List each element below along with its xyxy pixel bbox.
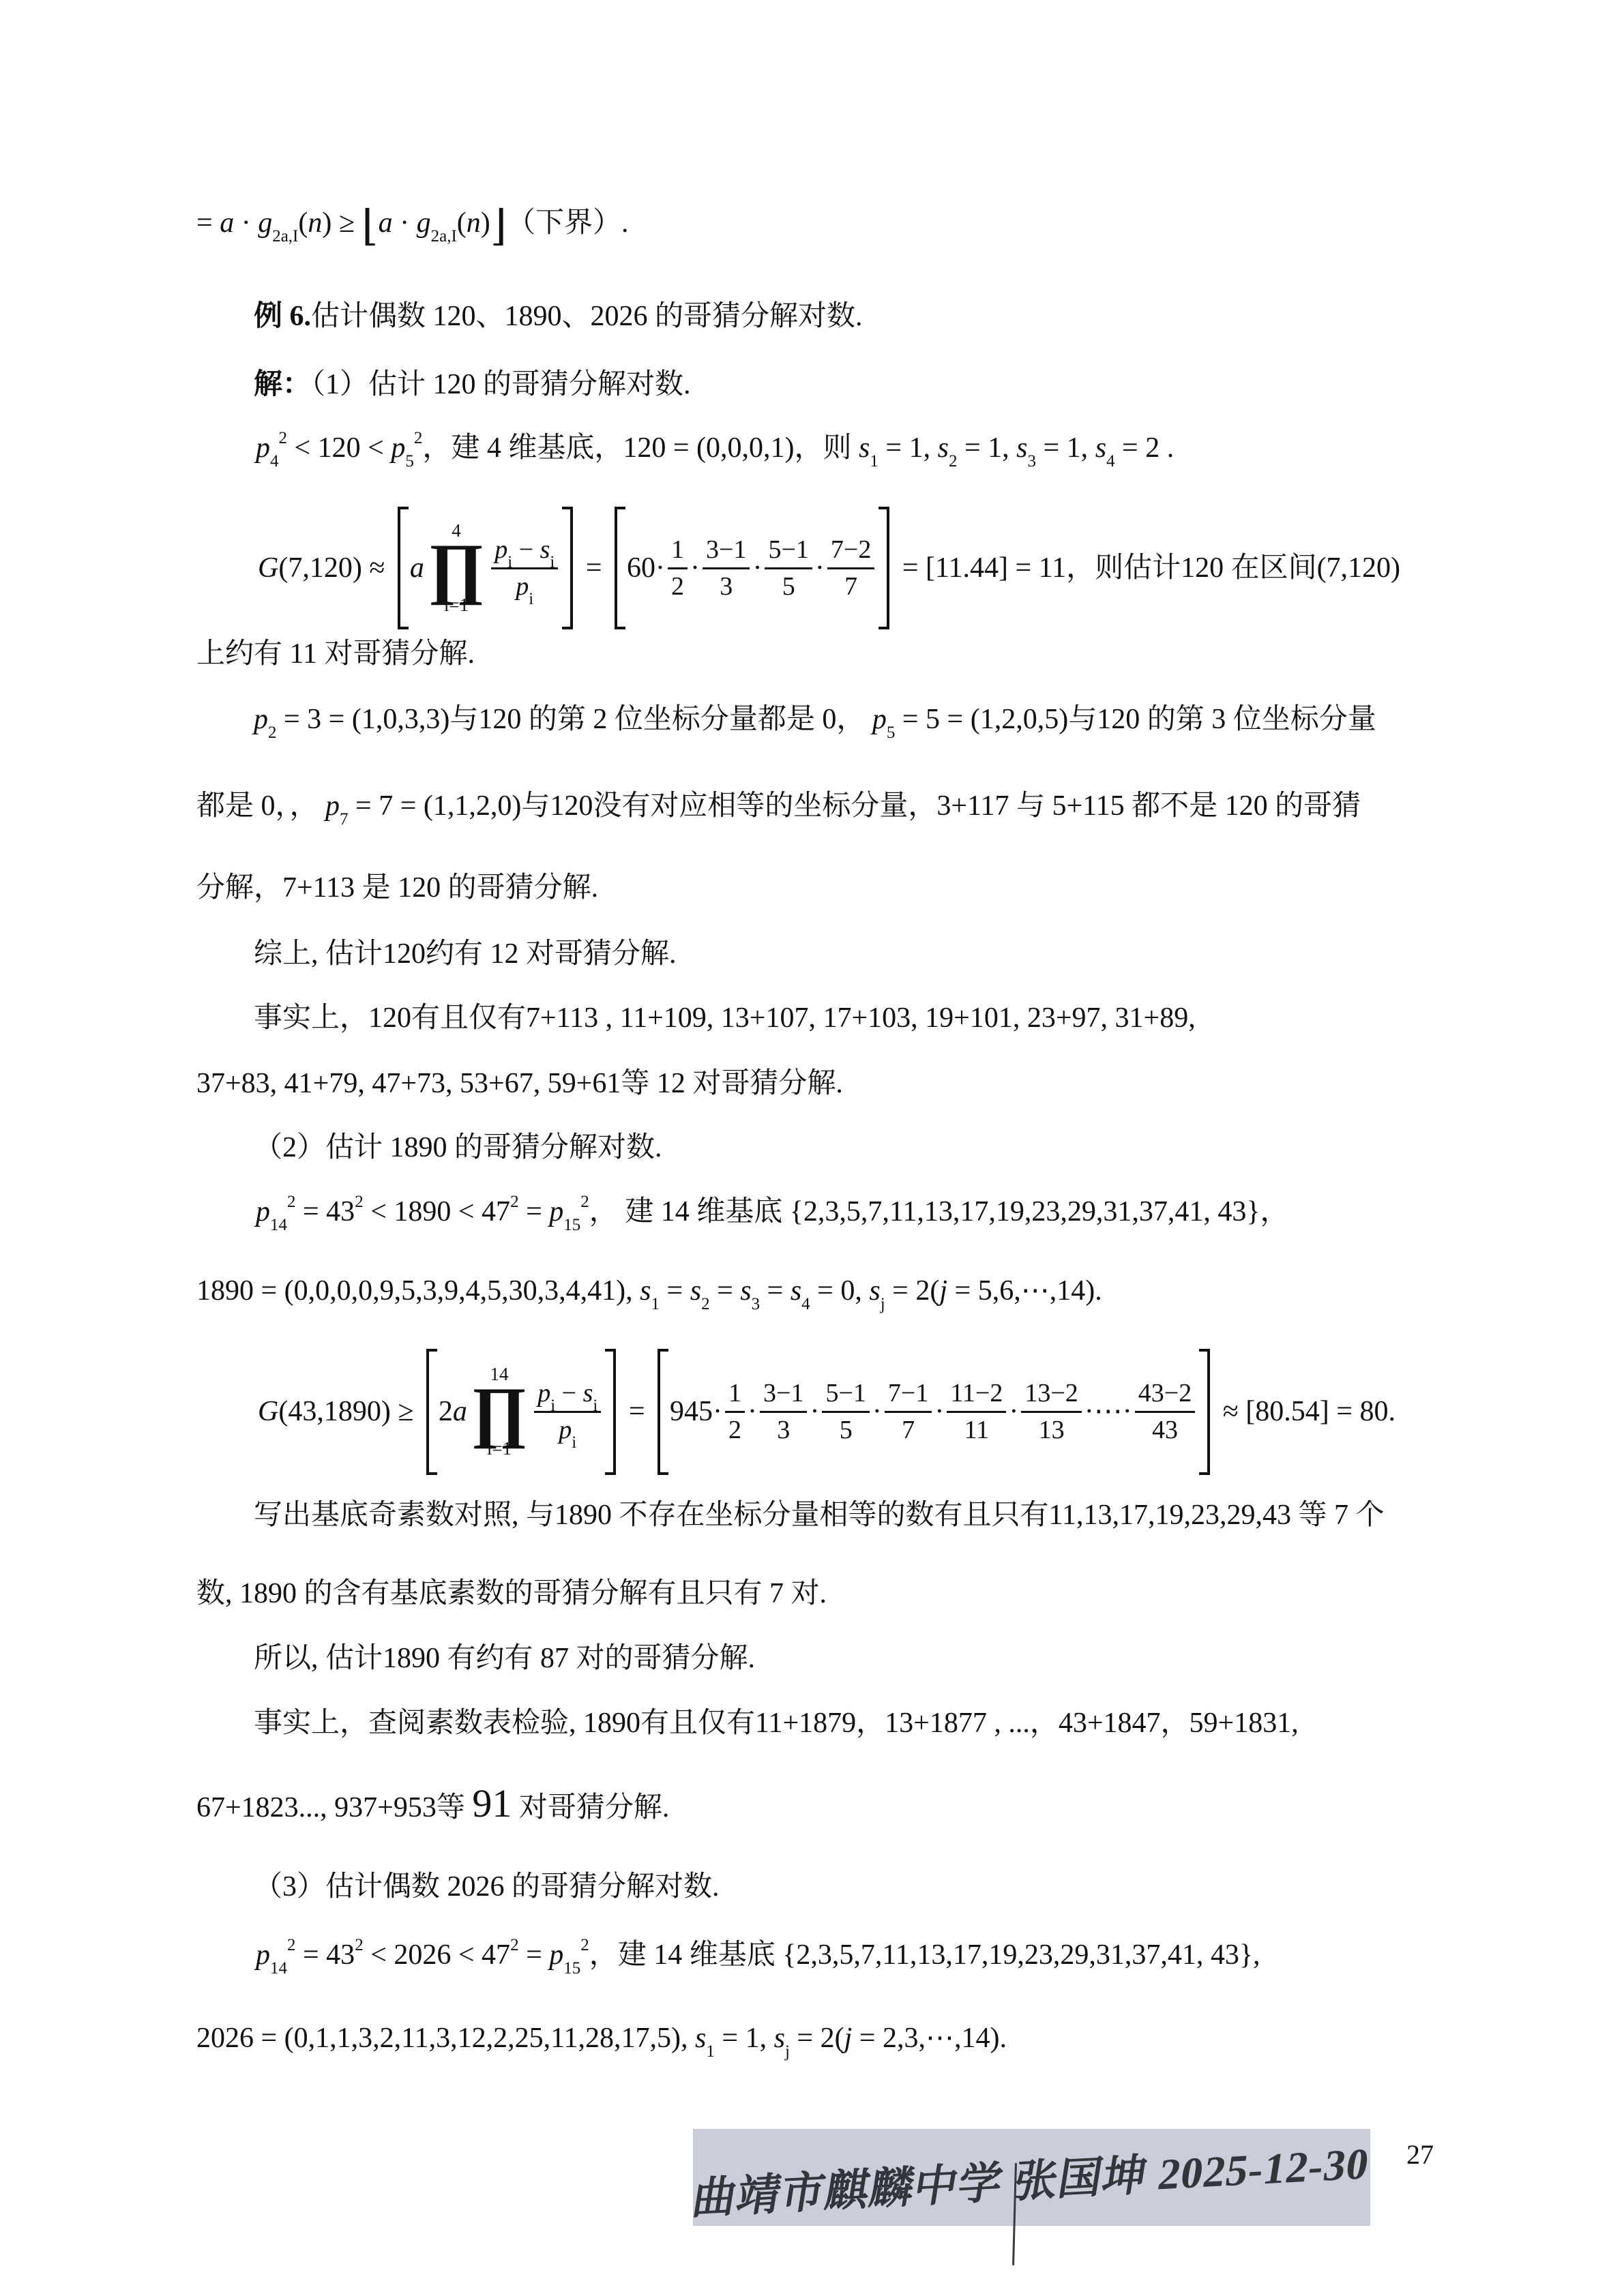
- text-run: 1890 = (0,0,0,0,9,5,3,9,4,5,30,3,4,41),: [196, 1275, 640, 1307]
- subscript: i: [529, 590, 533, 608]
- text-run: = 43: [296, 1196, 355, 1227]
- subscript: 5: [887, 724, 896, 742]
- fraction-numerator: pi − si: [491, 535, 558, 569]
- decomp-7-113: 分解，7+113 是 120 的哥猜分解.: [196, 869, 598, 906]
- math-variable: p: [549, 1939, 563, 1971]
- text-run: = 5,6,⋯,14).: [947, 1275, 1102, 1307]
- signature-handwriting: 曲靖市麒麟中学 张国坤 2025-12-30: [689, 2128, 1375, 2227]
- text-run: ·: [1009, 1396, 1018, 1427]
- subscript: 3: [1028, 452, 1037, 471]
- left-bracket: [615, 507, 625, 629]
- fraction-denominator: 2: [728, 1413, 741, 1445]
- text-run: =: [710, 1275, 741, 1307]
- fraction-numerator: 5−1: [765, 535, 812, 569]
- p2-p5-components: p2 = 3 = (1,0,3,3)与120 的第 2 位坐标分量都是 0， p…: [254, 701, 1376, 738]
- text-run: ·: [234, 207, 258, 239]
- text-run: ·: [810, 1396, 819, 1427]
- left-bracket: [658, 1349, 668, 1475]
- approx-11-pairs: 上约有 11 对哥猜分解.: [196, 636, 475, 672]
- text-run: (43,1890) ≥: [278, 1396, 421, 1427]
- math-variable: p: [549, 1196, 563, 1227]
- superscript: 2: [510, 1936, 519, 1954]
- fraction-numerator: 3−1: [703, 535, 750, 569]
- coords-2026: 2026 = (0,1,1,3,2,11,3,12,2,25,11,28,17,…: [196, 2020, 1007, 2057]
- subscript: 14: [270, 1959, 287, 1978]
- fraction: 11−211: [947, 1379, 1006, 1444]
- product-icon: ∏: [471, 1384, 527, 1440]
- bold-text: 解：: [254, 369, 311, 400]
- text-run: < 1890 < 47: [364, 1196, 510, 1227]
- text-run: =: [519, 1939, 550, 1971]
- text-run: 所以, 估计1890 有约有 87 对的哥猜分解.: [254, 1643, 755, 1674]
- math-variable: G: [258, 1396, 278, 1427]
- text-run: −: [512, 535, 540, 564]
- fraction-denominator: 7: [844, 569, 857, 601]
- fraction-numerator: 11−2: [947, 1379, 1006, 1413]
- subscript: 7: [340, 810, 349, 829]
- text-run: ·: [934, 1396, 944, 1427]
- math-variable: a: [410, 552, 424, 584]
- right-bracket: [562, 507, 573, 629]
- emphasized-number: 91: [472, 1781, 512, 1825]
- text-run: 60·: [627, 552, 665, 584]
- compare-basis-1890: 写出基底奇素数对照, 与1890 不存在坐标分量相等的数有且只有11,13,17…: [254, 1497, 1384, 1534]
- text-run: ·: [393, 207, 417, 239]
- text-run: ·: [690, 552, 700, 584]
- text-run: ·: [748, 1396, 757, 1427]
- fraction-numerator: 3−1: [760, 1379, 807, 1413]
- fraction-denominator: pi: [559, 1413, 576, 1445]
- signature-image: 曲靖市麒麟中学 张国坤 2025-12-30: [693, 2129, 1370, 2226]
- text-run: ): [481, 207, 490, 239]
- text-run: < 2026 < 47: [364, 1939, 510, 1971]
- floor-bracket: ⌋: [490, 203, 507, 250]
- fact-1890-list-2: 67+1823..., 937+953等 91 对哥猜分解.: [196, 1785, 669, 1826]
- math-variable: j: [939, 1275, 947, 1307]
- math-variable: g: [417, 207, 431, 239]
- subscript: 5: [405, 452, 414, 471]
- fraction-numerator: 1: [725, 1379, 745, 1413]
- text-run: = 1,: [957, 432, 1016, 464]
- left-bracket: [426, 1349, 437, 1475]
- formula-g-7-120: G(7,120) ≈ a4∏i=1pi − sipi = 60·12·3−13·…: [258, 496, 1400, 640]
- text-run: = 2(: [790, 2023, 844, 2054]
- subscript: 15: [563, 1959, 580, 1978]
- left-bracket: [398, 507, 409, 629]
- math-variable: p: [325, 790, 340, 822]
- math-variable: s: [740, 1275, 751, 1307]
- superscript: 2: [279, 429, 288, 447]
- text-run: ·⋯·: [1084, 1396, 1132, 1427]
- superscript: 2: [287, 1936, 296, 1954]
- math-variable: s: [1016, 432, 1027, 464]
- math-variable: p: [256, 1196, 270, 1227]
- text-run: = 1,: [715, 2023, 774, 2054]
- subscript: i: [572, 1433, 576, 1452]
- basis-1890: p142 = 432 < 1890 < 472 = p152， 建 14 维基底…: [256, 1193, 1289, 1230]
- text-run: ·: [872, 1396, 882, 1427]
- fraction-numerator: 5−1: [822, 1379, 869, 1413]
- fraction-numerator: 7−1: [885, 1379, 932, 1413]
- text-run: = 7 = (1,1,2,0)与120没有对应相等的坐标分量，3+117 与 5…: [349, 790, 1361, 822]
- text-run: ) ≥: [322, 207, 361, 239]
- subscript: 2a,I: [431, 227, 457, 245]
- product-lower-limit: i=1: [444, 596, 469, 614]
- text-run: = [11.44] = 11，则估计120 在区间(7,120): [895, 552, 1400, 584]
- floor-bracket: ⌊: [361, 203, 378, 250]
- part3-heading: （3）估计偶数 2026 的哥猜分解对数.: [254, 1868, 720, 1905]
- text-run: = 2(: [885, 1275, 940, 1307]
- math-variable: n: [308, 207, 322, 239]
- text-run: 写出基底奇素数对照, 与1890 不存在坐标分量相等的数有且只有11,13,17…: [254, 1500, 1384, 1531]
- math-variable: s: [774, 2023, 785, 2054]
- subscript: 4: [270, 452, 279, 471]
- text-run: ·: [752, 552, 762, 584]
- fraction-denominator: 5: [840, 1413, 853, 1445]
- superscript: 2: [580, 1936, 589, 1954]
- fraction-numerator: 43−2: [1135, 1379, 1195, 1413]
- product-lower-limit: i=1: [487, 1440, 512, 1458]
- subscript: 4: [801, 1295, 810, 1313]
- fraction: 12: [668, 535, 688, 601]
- text-run: 数, 1890 的含有基底素数的哥猜分解有且只有 7 对.: [196, 1578, 827, 1609]
- fact-120-list-2: 37+83, 41+79, 47+73, 53+67, 59+61等 12 对哥…: [196, 1065, 843, 1102]
- subscript: 1: [870, 452, 879, 471]
- math-variable: p: [256, 432, 270, 464]
- fraction-denominator: 11: [964, 1413, 990, 1445]
- right-bracket: [879, 507, 889, 629]
- fraction-denominator: 3: [777, 1413, 790, 1445]
- text-run: 对哥猜分解.: [512, 1792, 669, 1823]
- fraction-denominator: 2: [671, 569, 684, 601]
- bold-text: 例 6.: [254, 301, 311, 332]
- text-run: 67+1823..., 937+953等: [196, 1792, 472, 1823]
- subscript: j: [785, 2042, 790, 2061]
- text-run: = 5 = (1,2,0,5)与120 的第 3 位坐标分量: [895, 704, 1376, 735]
- formula-g-43-1890: G(43,1890) ≥ 2a14∏i=1pi − sipi = 945·12·…: [258, 1339, 1396, 1485]
- math-variable: s: [938, 432, 949, 464]
- fraction-denominator: pi: [516, 569, 533, 601]
- product-operator: 4∏i=1: [428, 522, 484, 614]
- fraction-numerator: 1: [668, 535, 688, 569]
- fraction-denominator: 13: [1039, 1413, 1065, 1445]
- math-variable: G: [258, 552, 278, 584]
- solution-part1-heading: 解：（1）估计 120 的哥猜分解对数.: [254, 366, 691, 403]
- math-variable: a: [453, 1396, 467, 1427]
- text-run: = 1,: [1036, 432, 1095, 464]
- basis-120: p42 < 120 < p52，建 4 维基底，120 = (0,0,0,1)，…: [256, 430, 1174, 466]
- text-run: = 3 = (1,0,3,3)与120 的第 2 位坐标分量都是 0，: [277, 704, 872, 735]
- example-6-heading: 例 6.估计偶数 120、1890、2026 的哥猜分解对数.: [254, 298, 863, 335]
- text-run: ， 建 14 维基底 {2,3,5,7,11,13,17,19,23,29,31…: [589, 1196, 1289, 1227]
- fraction-denominator: 5: [782, 569, 795, 601]
- text-run: ≈ [80.54] = 80.: [1215, 1396, 1396, 1427]
- basis-2026: p142 = 432 < 2026 < 472 = p152，建 14 维基底 …: [256, 1937, 1260, 1973]
- text-run: （下界）.: [507, 207, 629, 239]
- text-run: =: [519, 1196, 550, 1227]
- text-run: =: [196, 207, 220, 239]
- math-variable: s: [869, 1275, 880, 1307]
- math-variable: j: [844, 2023, 853, 2054]
- text-run: （3）估计偶数 2026 的哥猜分解对数.: [254, 1871, 720, 1903]
- math-variable: p: [516, 572, 529, 601]
- text-run: −: [555, 1379, 582, 1407]
- subscript: 2: [701, 1295, 710, 1313]
- page: = a · g2a,I(n) ≥ ⌊a · g2a,I(n)⌋（下界）.例 6.…: [0, 0, 1624, 2296]
- text-run: （1）估计 120 的哥猜分解对数.: [311, 369, 691, 400]
- subscript: 1: [706, 2042, 715, 2061]
- text-run: ·: [815, 552, 825, 584]
- superscript: 2: [355, 1193, 364, 1211]
- text-run: =: [760, 1275, 791, 1307]
- math-variable: p: [537, 1379, 550, 1407]
- part2-heading: （2）估计 1890 的哥猜分解对数.: [254, 1129, 662, 1166]
- math-variable: s: [690, 1275, 701, 1307]
- fraction-denominator: 3: [720, 569, 733, 601]
- text-run: < 120 <: [287, 432, 391, 464]
- math-variable: p: [872, 704, 887, 735]
- fraction-numerator: 7−2: [827, 535, 874, 569]
- right-bracket: [1199, 1349, 1210, 1475]
- text-run: =: [578, 552, 609, 584]
- text-run: (: [298, 207, 308, 239]
- math-variable: s: [540, 535, 550, 564]
- subscript: 2: [268, 724, 277, 742]
- text-run: 综上, 估计120约有 12 对哥猜分解.: [254, 938, 677, 970]
- text-run: ，建 14 维基底 {2,3,5,7,11,13,17,19,23,29,31,…: [589, 1939, 1260, 1971]
- coords-1890: 1890 = (0,0,0,0,9,5,3,9,4,5,30,3,4,41), …: [196, 1272, 1102, 1309]
- superscript: 2: [414, 429, 423, 447]
- subscript: 15: [563, 1216, 580, 1234]
- subscript: i: [550, 553, 555, 571]
- fact-1890-list: 事实上，查阅素数表检验, 1890有且仅有11+1879，13+1877 , .…: [254, 1705, 1299, 1742]
- fraction-numerator: pi − si: [534, 1379, 601, 1413]
- fraction: 13−213: [1021, 1379, 1081, 1444]
- math-variable: p: [494, 535, 507, 564]
- text-run: 估计偶数 120、1890、2026 的哥猜分解对数.: [311, 301, 863, 332]
- text-run: 945·: [670, 1396, 722, 1427]
- fraction: 43−243: [1135, 1379, 1195, 1444]
- subscript: 2a,I: [272, 227, 298, 245]
- superscript: 2: [287, 1193, 296, 1211]
- p7-components: 都是 0，， p7 = 7 = (1,1,2,0)与120没有对应相等的坐标分量…: [196, 788, 1361, 824]
- text-run: (: [457, 207, 467, 239]
- text-run: =: [621, 1396, 652, 1427]
- superscript: 2: [355, 1936, 364, 1954]
- text-run: 2: [439, 1396, 453, 1427]
- right-bracket: [605, 1349, 616, 1475]
- text-run: =: [660, 1275, 690, 1307]
- math-variable: g: [258, 207, 272, 239]
- text-run: 2026 = (0,1,1,3,2,11,3,12,2,25,11,28,17,…: [196, 2023, 695, 2054]
- fraction-denominator: 43: [1152, 1413, 1178, 1445]
- fact-120-list: 事实上，120有且仅有7+113 , 11+109, 13+107, 17+10…: [254, 1000, 1196, 1037]
- subscript: 4: [1106, 452, 1115, 471]
- math-variable: s: [859, 432, 870, 464]
- math-variable: s: [1095, 432, 1106, 464]
- math-variable: n: [467, 207, 481, 239]
- subscript: 2: [949, 452, 958, 471]
- subscript: 14: [270, 1216, 287, 1234]
- fraction-numerator: 13−2: [1021, 1379, 1081, 1413]
- fraction: 7−17: [885, 1379, 932, 1444]
- text-run: 37+83, 41+79, 47+73, 53+67, 59+61等 12 对哥…: [196, 1068, 843, 1099]
- text-run: = 43: [296, 1939, 355, 1971]
- math-variable: s: [791, 1275, 801, 1307]
- text-run: 事实上，120有且仅有7+113 , 11+109, 13+107, 17+10…: [254, 1002, 1196, 1034]
- fraction-denominator: 7: [902, 1413, 915, 1445]
- math-variable: s: [583, 1379, 593, 1407]
- fraction: pi − sipi: [491, 535, 558, 601]
- estimate-87: 所以, 估计1890 有约有 87 对的哥猜分解.: [254, 1640, 755, 1677]
- fraction: pi − sipi: [534, 1379, 601, 1444]
- product-operator: 14∏i=1: [471, 1365, 527, 1458]
- text-run: 上约有 11 对哥猜分解.: [196, 638, 475, 670]
- fraction: 5−15: [765, 535, 812, 601]
- eq-lower-bound: = a · g2a,I(n) ≥ ⌊a · g2a,I(n)⌋（下界）.: [196, 205, 629, 241]
- conclusion-120: 综上, 估计120约有 12 对哥猜分解.: [254, 936, 677, 972]
- math-variable: a: [220, 207, 234, 239]
- fraction: 7−27: [827, 535, 874, 601]
- subscript: i: [593, 1397, 597, 1415]
- text-run: 都是 0，，: [196, 790, 325, 822]
- subscript: j: [881, 1295, 885, 1313]
- page-number: 27: [1406, 2138, 1434, 2171]
- superscript: 2: [510, 1193, 519, 1211]
- text-run: 事实上，查阅素数表检验, 1890有且仅有11+1879，13+1877 , .…: [254, 1708, 1299, 1739]
- text-run: （2）估计 1890 的哥猜分解对数.: [254, 1132, 662, 1163]
- fraction: 5−15: [822, 1379, 869, 1444]
- text-run: = 2,3,⋯,14).: [852, 2023, 1007, 2054]
- math-variable: s: [640, 1275, 651, 1307]
- text-run: 分解，7+113 是 120 的哥猜分解.: [196, 872, 598, 904]
- subscript: 1: [651, 1295, 660, 1313]
- text-run: (7,120) ≈: [278, 552, 392, 584]
- seven-pairs: 数, 1890 的含有基底素数的哥猜分解有且只有 7 对.: [196, 1575, 827, 1612]
- math-variable: p: [559, 1416, 572, 1444]
- math-variable: p: [254, 704, 268, 735]
- math-variable: p: [391, 432, 405, 464]
- math-variable: s: [695, 2023, 706, 2054]
- math-variable: p: [256, 1939, 270, 1971]
- text-run: = 1,: [879, 432, 938, 464]
- subscript: 3: [752, 1295, 761, 1313]
- product-icon: ∏: [428, 540, 484, 596]
- text-run: = 0,: [810, 1275, 870, 1307]
- math-variable: a: [379, 207, 393, 239]
- superscript: 2: [580, 1193, 589, 1211]
- fraction: 3−13: [703, 535, 750, 601]
- fraction: 12: [725, 1379, 745, 1444]
- text-run: = 2 .: [1115, 432, 1175, 464]
- text-run: ，建 4 维基底，120 = (0,0,0,1)，则: [422, 432, 859, 464]
- fraction: 3−13: [760, 1379, 807, 1444]
